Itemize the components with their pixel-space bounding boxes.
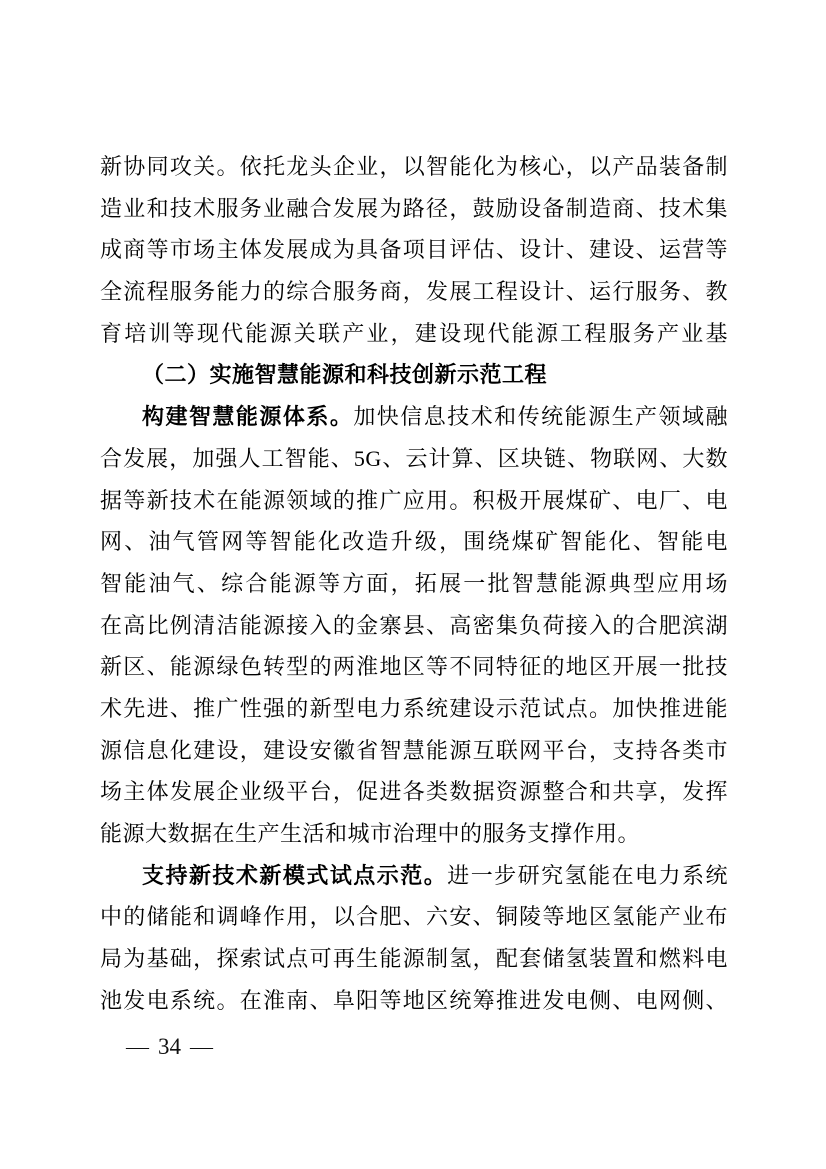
text-line: 能源大数据在生产生活和城市治理中的服务支撑作用。	[100, 813, 728, 855]
text-line: 网、油气管网等智能化改造升级，围绕煤矿智能化、智能电网、	[100, 521, 728, 563]
text-run: 在高比例清洁能源接入的金寨县、高密集负荷接入的合肥滨湖	[100, 613, 728, 638]
bold-text-run: 支持新技术新模式试点示范。	[142, 863, 447, 888]
text-line: 全流程服务能力的综合服务商，发展工程设计、运行服务、教	[100, 271, 728, 313]
text-line: 造业和技术服务业融合发展为路径，鼓励设备制造商、技术集	[100, 188, 728, 230]
text-run: 源信息化建设，建设安徽省智慧能源互联网平台，支持各类市	[100, 738, 728, 763]
text-line: 局为基础，探索试点可再生能源制氢，配套储氢装置和燃料电	[100, 938, 728, 980]
footer-dash-left: —	[126, 1034, 149, 1060]
text-line: 术先进、推广性强的新型电力系统建设示范试点。加快推进能	[100, 688, 728, 730]
text-run: 全流程服务能力的综合服务商，发展工程设计、运行服务、教	[100, 279, 728, 304]
text-line: 合发展，加强人工智能、5G、云计算、区块链、物联网、大数	[100, 438, 728, 480]
text-line: 场主体发展企业级平台，促进各类数据资源整合和共享，发挥	[100, 771, 728, 813]
text-run: 成商等市场主体发展成为具备项目评估、设计、建设、运营等	[100, 237, 728, 262]
paragraph-new-tech-pilot: 支持新技术新模式试点示范。进一步研究氢能在电力系统中的储能和调峰作用，以合肥、六…	[100, 855, 728, 1022]
bold-text-run: 构建智慧能源体系。	[142, 404, 353, 429]
bold-text-run: （二）实施智慧能源和科技创新示范工程	[142, 362, 547, 387]
page-number: 34	[158, 1032, 181, 1062]
text-line: 池发电系统。在淮南、阜阳等地区统筹推进发电侧、电网侧、	[100, 980, 728, 1022]
text-run: 智能油气、综合能源等方面，拓展一批智慧能源典型应用场景。	[100, 571, 728, 605]
text-run: 场主体发展企业级平台，促进各类数据资源整合和共享，发挥	[100, 779, 728, 804]
text-run: 新区、能源绿色转型的两淮地区等不同特征的地区开展一批技	[100, 654, 728, 679]
text-line: 成商等市场主体发展成为具备项目评估、设计、建设、运营等	[100, 229, 728, 271]
document-page: 新协同攻关。依托龙头企业，以智能化为核心，以产品装备制造业和技术服务业融合发展为…	[0, 0, 826, 1169]
paragraph-continuation: 新协同攻关。依托龙头企业，以智能化为核心，以产品装备制造业和技术服务业融合发展为…	[100, 146, 728, 354]
text-line: （二）实施智慧能源和科技创新示范工程	[100, 354, 728, 396]
text-run: 造业和技术服务业融合发展为路径，鼓励设备制造商、技术集	[100, 196, 728, 221]
paragraph-smart-energy-system: 构建智慧能源体系。加快信息技术和传统能源生产领域融合发展，加强人工智能、5G、云…	[100, 396, 728, 855]
text-run: 据等新技术在能源领域的推广应用。积极开展煤矿、电厂、电	[100, 488, 728, 513]
text-run: 新协同攻关。依托龙头企业，以智能化为核心，以产品装备制	[100, 154, 728, 179]
text-line: 新协同攻关。依托龙头企业，以智能化为核心，以产品装备制	[100, 146, 728, 188]
text-run: 合发展，加强人工智能、5G、云计算、区块链、物联网、大数	[100, 446, 728, 471]
text-line: 智能油气、综合能源等方面，拓展一批智慧能源典型应用场景。	[100, 563, 728, 605]
text-line: 育培训等现代能源关联产业，建设现代能源工程服务产业基地。	[100, 313, 728, 355]
text-run: 局为基础，探索试点可再生能源制氢，配套储氢装置和燃料电	[100, 946, 728, 971]
text-line: 新区、能源绿色转型的两淮地区等不同特征的地区开展一批技	[100, 646, 728, 688]
document-body: 新协同攻关。依托龙头企业，以智能化为核心，以产品装备制造业和技术服务业融合发展为…	[100, 146, 728, 1021]
text-run: 进一步研究氢能在电力系统	[447, 863, 728, 888]
text-line: 源信息化建设，建设安徽省智慧能源互联网平台，支持各类市	[100, 730, 728, 772]
section-heading: （二）实施智慧能源和科技创新示范工程	[100, 354, 728, 396]
text-line: 据等新技术在能源领域的推广应用。积极开展煤矿、电厂、电	[100, 480, 728, 522]
text-run: 能源大数据在生产生活和城市治理中的服务支撑作用。	[100, 821, 640, 846]
text-run: 育培训等现代能源关联产业，建设现代能源工程服务产业基地。	[100, 321, 728, 355]
text-line: 构建智慧能源体系。加快信息技术和传统能源生产领域融	[100, 396, 728, 438]
page-footer: — 34 —	[126, 1032, 213, 1062]
footer-dash-right: —	[190, 1034, 213, 1060]
text-line: 支持新技术新模式试点示范。进一步研究氢能在电力系统	[100, 855, 728, 897]
text-line: 中的储能和调峰作用，以合肥、六安、铜陵等地区氢能产业布	[100, 896, 728, 938]
text-run: 网、油气管网等智能化改造升级，围绕煤矿智能化、智能电网、	[100, 529, 728, 563]
text-run: 加快信息技术和传统能源生产领域融	[353, 404, 728, 429]
text-run: 池发电系统。在淮南、阜阳等地区统筹推进发电侧、电网侧、	[100, 988, 728, 1013]
text-line: 在高比例清洁能源接入的金寨县、高密集负荷接入的合肥滨湖	[100, 605, 728, 647]
text-run: 中的储能和调峰作用，以合肥、六安、铜陵等地区氢能产业布	[100, 904, 728, 929]
text-run: 术先进、推广性强的新型电力系统建设示范试点。加快推进能	[100, 696, 728, 721]
